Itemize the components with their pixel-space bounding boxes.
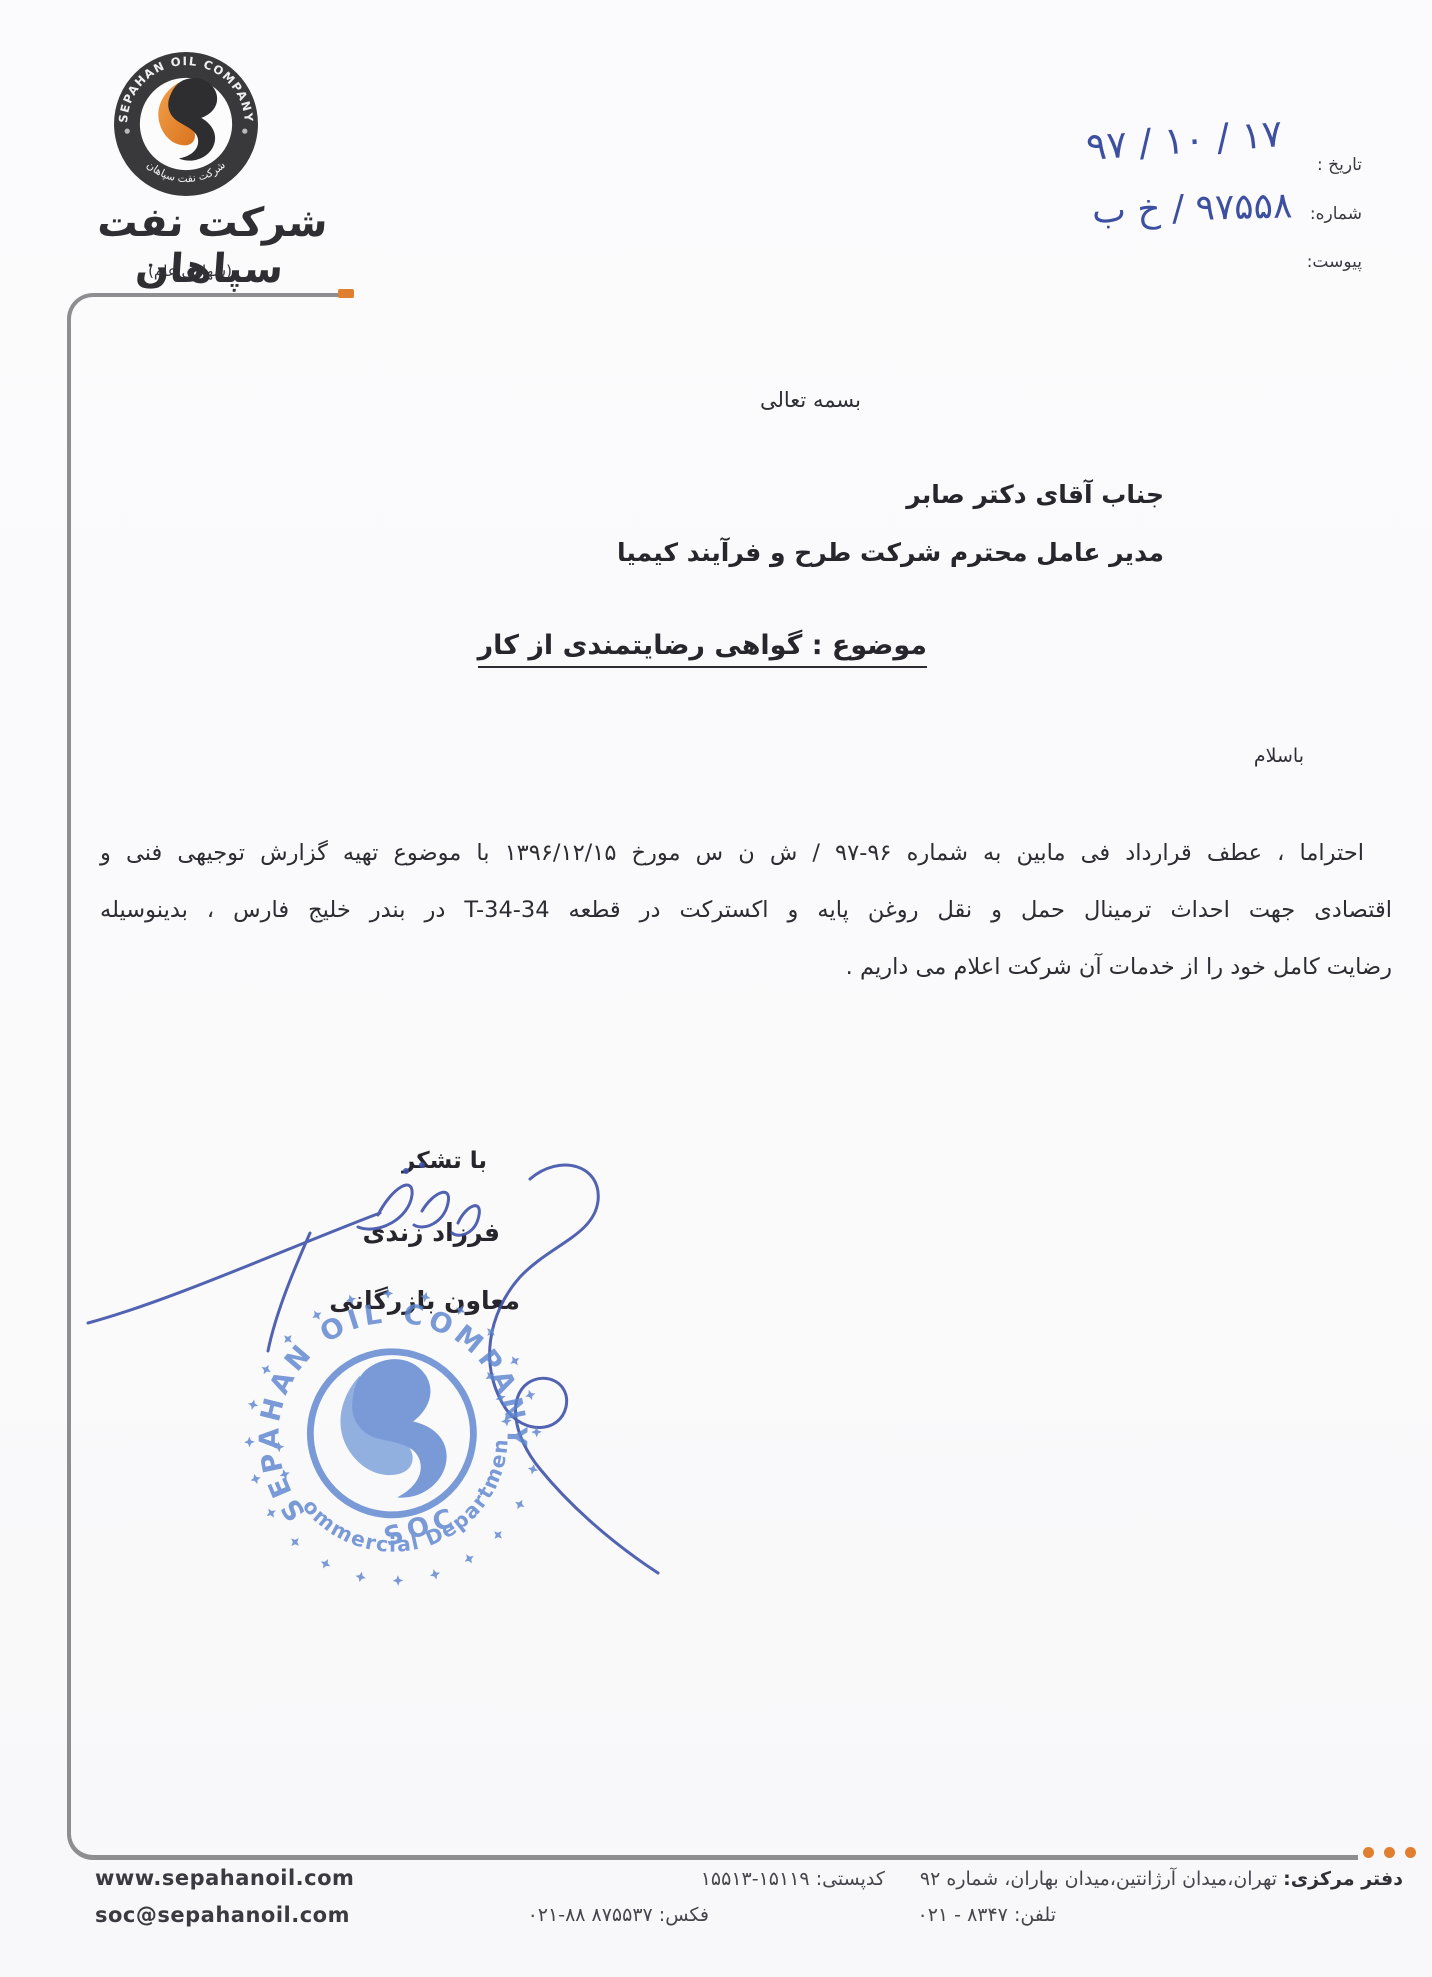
fax-label: فکس: xyxy=(659,1904,709,1926)
frame-top-accent xyxy=(338,289,354,298)
phone-label: تلفن: xyxy=(1014,1904,1056,1926)
company-subtitle: (سهامی عام) xyxy=(80,262,300,280)
number-value-handwritten: ۹۷۵۵۸ / خ ب xyxy=(1091,185,1292,231)
office-address: تهران،میدان آرژانتین،میدان بهاران، شماره… xyxy=(920,1868,1277,1890)
footer-email: soc@sepahanoil.com xyxy=(95,1903,350,1927)
postal-value: ۱۵۵۱۳-۱۵۱۱۹ xyxy=(701,1868,810,1890)
footer-office: دفتر مرکزی: تهران،میدان آرژانتین،میدان ب… xyxy=(920,1868,1403,1890)
recipient-title: مدیر عامل محترم شرکت طرح و فرآیند کیمیا xyxy=(617,538,1164,567)
footer-website: www.sepahanoil.com xyxy=(95,1866,354,1890)
office-label: دفتر مرکزی: xyxy=(1283,1868,1403,1890)
letter-page: SEPAHAN OIL COMPANY شرکت نفت سپاهان شرکت… xyxy=(0,0,1432,1977)
body-line-3: رضایت کامل خود را از خدمات آن شرکت اعلام… xyxy=(100,954,1392,980)
footer-phone: تلفن: ۸۳۴۷ - ۰۲۱ xyxy=(918,1904,1057,1926)
subject-line: موضوع : گواهی رضایتمندی از کار xyxy=(478,630,927,668)
footer-accent-dot-2 xyxy=(1384,1847,1395,1858)
footer-fax: فکس: ‪۰۲۱-۸۸ ۸۷۵۵۳۷‬ xyxy=(528,1904,709,1926)
phone-value: ۸۳۴۷ - ۰۲۱ xyxy=(918,1904,1008,1926)
number-label: شماره: xyxy=(1310,204,1362,224)
body-line-2: اقتصادی جهت احداث ترمینال حمل و نقل روغن… xyxy=(100,897,1392,923)
footer-accent-dot-1 xyxy=(1363,1847,1374,1858)
salutation: باسلام xyxy=(1254,745,1304,767)
postal-label: کدپستی: xyxy=(816,1868,885,1890)
logo-right-dot-icon xyxy=(242,128,247,133)
footer-address-row: دفتر مرکزی: تهران،میدان آرژانتین،میدان ب… xyxy=(701,1868,1403,1890)
bismillah: بسمه تعالی xyxy=(760,388,861,412)
date-value-handwritten: ۱۷ / ۱۰ / ۹۷ xyxy=(1084,111,1283,169)
date-label: تاریخ : xyxy=(1317,155,1362,175)
footer-postal: کدپستی: ۱۵۵۱۳-۱۵۱۱۹ xyxy=(701,1868,885,1890)
company-logo: SEPAHAN OIL COMPANY شرکت نفت سپاهان xyxy=(112,50,260,198)
frame-border-bottom-left xyxy=(67,1691,1358,1860)
footer-accent-dot-3 xyxy=(1405,1847,1416,1858)
fax-value: ‪۰۲۱-۸۸ ۸۷۵۵۳۷‬ xyxy=(528,1904,653,1926)
attachment-label: پیوست: xyxy=(1307,252,1362,272)
recipient-name: جناب آقای دکتر صابر xyxy=(906,480,1164,509)
signature-thanks: با تشکر xyxy=(402,1148,487,1174)
logo-left-dot-icon xyxy=(125,128,130,133)
body-line-1: احتراما ، عطف قرارداد فی مابین به شماره … xyxy=(100,840,1392,866)
